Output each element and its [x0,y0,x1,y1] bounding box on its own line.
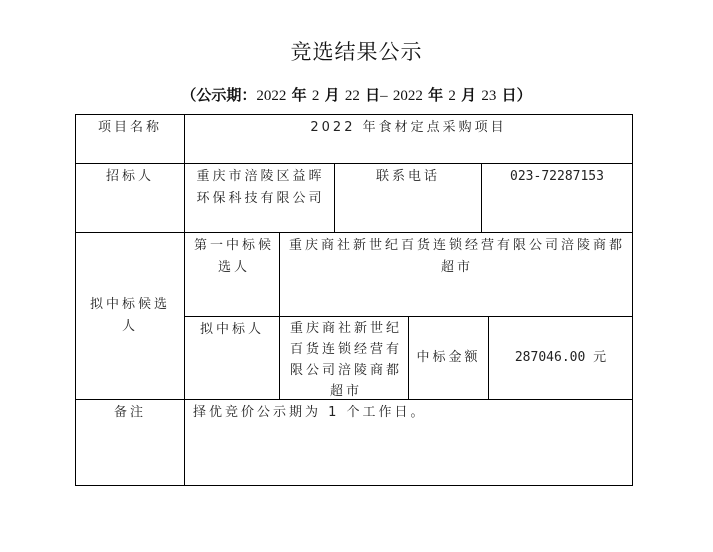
remarks-value: 择优竞价公示期为 1 个工作日。 [184,399,633,486]
tenderer-label: 招标人 [75,163,185,233]
remarks-label: 备注 [75,399,185,486]
first-candidate-label: 第一中标候选人 [184,232,280,317]
tenderer-value: 重庆市涪陵区益晖环保科技有限公司 [184,163,335,233]
contact-phone-label: 联系电话 [334,163,482,233]
contact-phone-value: 023-72287153 [481,163,633,233]
winning-amount-value: 287046.00 元 [488,316,633,400]
candidate-group-label: 拟中标候选人 [75,232,185,400]
first-candidate-value: 重庆商社新世纪百货连锁经营有限公司涪陵商都超市 [279,232,633,317]
results-table: 项目名称 2022 年食材定点采购项目 招标人 重庆市涪陵区益晖环保科技有限公司… [0,0,713,552]
project-name-value: 2022 年食材定点采购项目 [184,114,633,164]
winning-amount-label: 中标金额 [408,316,489,400]
proposed-winner-value: 重庆商社新世纪百货连锁经营有限公司涪陵商都超市 [279,316,409,400]
proposed-winner-label: 拟中标人 [184,316,280,400]
winning-amount-value-text: 287046.00 元 [515,347,606,369]
candidate-group-label-text: 拟中标候选人 [88,294,172,338]
winning-amount-label-text: 中标金额 [416,347,480,369]
project-name-label: 项目名称 [75,114,185,164]
